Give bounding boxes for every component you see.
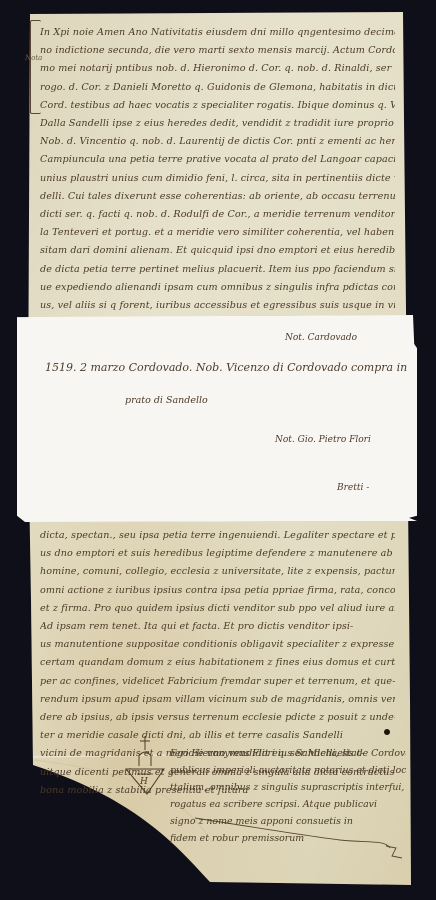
text-line: unius plaustri unius cum dimidio feni, l… [40, 170, 395, 188]
text-line: no indictione secunda, die vero marti se… [40, 42, 395, 60]
text-line: certam quandam domum z eius habitationem… [40, 654, 395, 672]
text-line: ue expediendo alienandi ipsam cum omnibu… [40, 279, 395, 297]
text-line: publicus imperiali auctoritate notarius … [170, 762, 406, 779]
text-line: In Xpi noie Amen Ano Nativitatis eiusdem… [40, 24, 395, 42]
text-line: Nob. d. Vincentio q. nob. d. Laurentij d… [40, 133, 395, 151]
manuscript-scan: Nota In Xpi noie Amen Ano Nativitatis ei… [0, 0, 436, 900]
label-signature-notary: Not. Gio. Pietro Flori [275, 435, 371, 445]
text-line: mo mei notarij pntibus nob. d. Hieronimo… [40, 60, 395, 78]
text-line: Dalla Sandelli ipse z eius heredes dedit… [40, 115, 395, 133]
text-line: signo z nome meis apponi consuetis in [170, 813, 406, 830]
text-line: ter a meridie casale dicti dni, ab illis… [40, 727, 395, 745]
text-line: delli. Cui tales dixerunt esse coherenti… [40, 188, 395, 206]
parchment-hole [384, 729, 390, 735]
text-line: sitam dari domini alienam. Et quicquid i… [40, 242, 395, 260]
text-line: Cord. testibus ad haec vocatis z special… [40, 97, 395, 115]
text-line: Ad ipsam rem tenet. Ita qui et facta. Et… [40, 618, 395, 636]
text-line: homine, comuni, collegio, ecclesia z uni… [40, 563, 395, 581]
label-archive-note: Not. Cardovado [285, 333, 357, 343]
text-line: fidem et robur premissorum [170, 830, 406, 847]
text-line: us manutentione suppositae conditionis o… [40, 636, 395, 654]
text-line: et z firma. Pro quo quidem ipsius dicti … [40, 600, 395, 618]
text-line: us, vel aliis si q forent, iuribus acces… [40, 297, 395, 315]
label-place-line: prato di Sandello [125, 395, 208, 406]
text-line: dicta, spectan., seu ipsa petia terre in… [40, 527, 395, 545]
archival-label: Not. Cardovado 1519. 2 marzo Cordovado. … [17, 315, 417, 522]
text-line: rendum ipsum apud ipsam villam vicinum s… [40, 691, 395, 709]
svg-text:H: H [139, 777, 148, 787]
text-line: per ac confines, videlicet Fabricium fre… [40, 673, 395, 691]
text-line: us dno emptori et suis heredibus legipti… [40, 545, 395, 563]
label-signature-initials: Bretti - [337, 483, 369, 493]
label-date-line: 1519. 2 marzo Cordovado. Nob. Vicenzo di… [45, 361, 407, 374]
text-line: Campiuncula una petia terre prative voca… [40, 151, 395, 169]
text-line: dere ab ipsius, ab ipsis versus terrenum… [40, 709, 395, 727]
text-line: rogatus ea scribere scripsi. Atque publi… [170, 796, 406, 813]
text-line: ttalium, omnibus z singulis suprascripti… [170, 779, 406, 796]
text-line: dicti ser. q. facti q. nob. d. Rodulfi d… [40, 206, 395, 224]
text-line: de dicta petia terre pertinet melius pla… [40, 261, 395, 279]
notarial-subscription: Ego Hieronymus Flori q. ser Michaelis de… [170, 745, 406, 847]
text-line: omni actione z iuribus ipsius contra ips… [40, 582, 395, 600]
body-text-upper: In Xpi noie Amen Ano Nativitatis eiusdem… [40, 24, 395, 352]
text-line: Ego Hieronymus Flori q. ser Michaelis de… [170, 745, 406, 762]
text-line: la Tenteveri et portug. et a meridie ver… [40, 224, 395, 242]
notarial-signum-icon: H [125, 736, 165, 796]
text-line: rogo. d. Cor. z Danieli Moretto q. Guido… [40, 79, 395, 97]
